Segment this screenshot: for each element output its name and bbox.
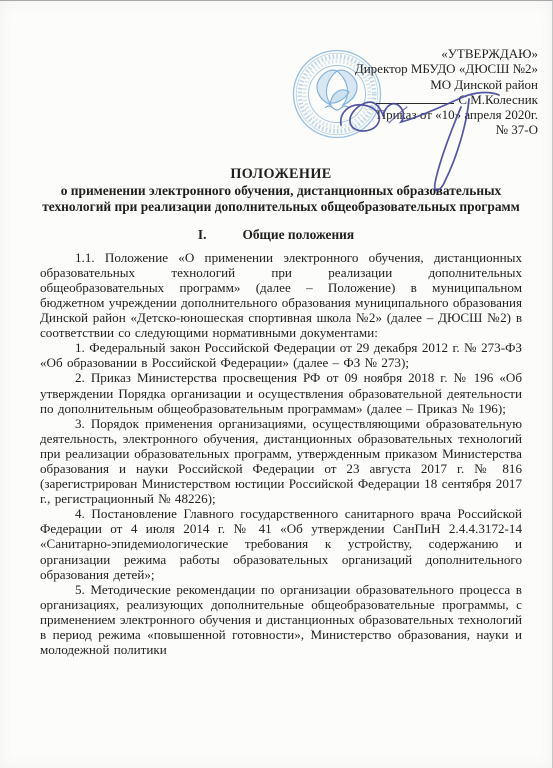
- approval-director: Директор МБУДО «ДЮСШ №2»: [355, 61, 538, 76]
- approval-signatory-row: С.М.Колесник: [355, 92, 538, 107]
- document-title: ПОЛОЖЕНИЕ: [40, 166, 522, 183]
- approval-block: «УТВЕРЖДАЮ» Директор МБУДО «ДЮСШ №2» МО …: [355, 46, 538, 138]
- signatory-name: С.М.Колесник: [458, 92, 538, 107]
- section-number: I.: [198, 227, 207, 242]
- seal-emblem: [317, 70, 357, 110]
- paragraph: 5. Методические рекомендации по организа…: [40, 582, 522, 657]
- approval-order: Приказ от «10» апреля 2020г.: [355, 107, 538, 122]
- section-title: Общие положения: [242, 227, 354, 242]
- paragraph: 1.1. Положение «О применении электронног…: [40, 250, 522, 341]
- signature-blank-line: [376, 92, 454, 104]
- paragraph: 2. Приказ Министерства просвещения РФ от…: [40, 370, 522, 415]
- paragraph: 3. Порядок применения организациями, осу…: [40, 416, 522, 507]
- paragraph: 4. Постановление Главного государственно…: [40, 506, 522, 581]
- approval-order-number: № 37-О: [355, 122, 538, 137]
- approval-municipality: МО Динской район: [355, 77, 538, 92]
- paragraph: 1. Федеральный закон Российской Федераци…: [40, 340, 522, 370]
- document-title-block: ПОЛОЖЕНИЕ о применении электронного обуч…: [40, 166, 522, 214]
- body-paragraphs: 1.1. Положение «О применении электронног…: [40, 250, 522, 658]
- document-page: «УТВЕРЖДАЮ» Директор МБУДО «ДЮСШ №2» МО …: [0, 0, 553, 768]
- approval-label: «УТВЕРЖДАЮ»: [355, 46, 538, 61]
- document-subtitle: о применении электронного обучения, дист…: [40, 183, 522, 214]
- section-heading: I.Общие положения: [0, 227, 552, 243]
